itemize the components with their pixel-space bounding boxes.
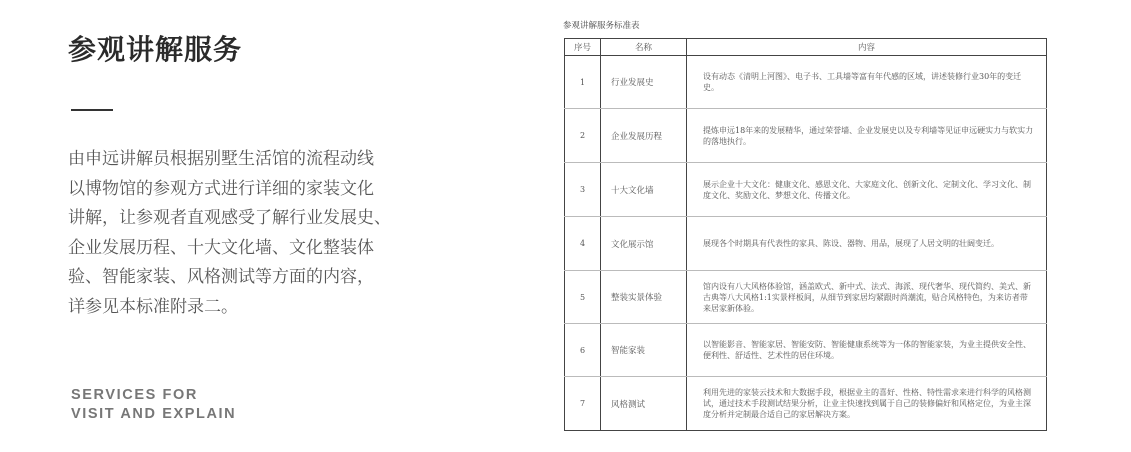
intro-paragraph: 由申远讲解员根据别墅生活馆的流程动线 以博物馆的参观方式进行详细的家装文化 讲解… [68, 145, 428, 322]
row-number: 1 [565, 56, 601, 109]
header-content: 内容 [687, 39, 1047, 56]
row-content: 提炼申远18年来的发展精华，通过荣誉墙、企业发展史以及专利墙等见证申远硬实力与软… [687, 109, 1047, 163]
table-header-row: 序号 名称 内容 [565, 39, 1047, 56]
english-title: SERVICES FOR VISIT AND EXPLAIN [71, 386, 236, 424]
row-number: 6 [565, 324, 601, 377]
row-number: 5 [565, 271, 601, 324]
row-content: 展示企业十大文化：健康文化、感恩文化、大家庭文化、创新文化、定制文化、学习文化、… [687, 163, 1047, 217]
row-name: 整装实景体验 [601, 271, 687, 324]
row-name: 十大文化墙 [601, 163, 687, 217]
intro-line: 讲解，让参观者直观感受了解行业发展史、 [68, 204, 428, 234]
row-number: 7 [565, 377, 601, 431]
english-title-line: VISIT AND EXPLAIN [71, 405, 236, 424]
row-name: 风格测试 [601, 377, 687, 431]
row-content: 馆内设有八大风格体验馆，涵盖欧式、新中式、法式、海派、现代奢华、现代简约、美式、… [687, 271, 1047, 324]
table-caption: 参观讲解服务标准表 [563, 19, 640, 31]
table-row: 3十大文化墙展示企业十大文化：健康文化、感恩文化、大家庭文化、创新文化、定制文化… [565, 163, 1047, 217]
header-name: 名称 [601, 39, 687, 56]
intro-line: 验、智能家装、风格测试等方面的内容， [68, 263, 428, 293]
row-content: 利用先进的家装云技术和大数据手段，根据业主的喜好、性格、特性需求来进行科学的风格… [687, 377, 1047, 431]
table-row: 5整装实景体验馆内设有八大风格体验馆，涵盖欧式、新中式、法式、海派、现代奢华、现… [565, 271, 1047, 324]
row-number: 2 [565, 109, 601, 163]
row-content: 设有动态《清明上河图》、电子书、工具墙等富有年代感的区域，讲述装修行业30年的变… [687, 56, 1047, 109]
intro-line: 详参见本标准附录二。 [68, 293, 428, 323]
intro-line: 由申远讲解员根据别墅生活馆的流程动线 [68, 145, 428, 175]
header-number: 序号 [565, 39, 601, 56]
row-content: 以智能影音、智能家居、智能安防、智能健康系统等为一体的智能家装，为业主提供安全性… [687, 324, 1047, 377]
intro-line: 企业发展历程、十大文化墙、文化整装体 [68, 234, 428, 264]
table-row: 7风格测试利用先进的家装云技术和大数据手段，根据业主的喜好、性格、特性需求来进行… [565, 377, 1047, 431]
english-title-line: SERVICES FOR [71, 386, 236, 405]
row-name: 企业发展历程 [601, 109, 687, 163]
table-row: 2企业发展历程提炼申远18年来的发展精华，通过荣誉墙、企业发展史以及专利墙等见证… [565, 109, 1047, 163]
row-number: 4 [565, 217, 601, 271]
page-title: 参观讲解服务 [68, 28, 242, 68]
table-row: 6智能家装以智能影音、智能家居、智能安防、智能健康系统等为一体的智能家装，为业主… [565, 324, 1047, 377]
title-divider [71, 109, 113, 111]
table-row: 4文化展示馆展现各个时期具有代表性的家具、陈设、器物、用品，展现了人居文明的壮阔… [565, 217, 1047, 271]
intro-line: 以博物馆的参观方式进行详细的家装文化 [68, 175, 428, 205]
row-name: 行业发展史 [601, 56, 687, 109]
row-number: 3 [565, 163, 601, 217]
row-name: 文化展示馆 [601, 217, 687, 271]
row-name: 智能家装 [601, 324, 687, 377]
table-row: 1行业发展史设有动态《清明上河图》、电子书、工具墙等富有年代感的区域，讲述装修行… [565, 56, 1047, 109]
row-content: 展现各个时期具有代表性的家具、陈设、器物、用品，展现了人居文明的壮阔变迁。 [687, 217, 1047, 271]
service-standard-table: 序号 名称 内容 1行业发展史设有动态《清明上河图》、电子书、工具墙等富有年代感… [564, 38, 1047, 431]
